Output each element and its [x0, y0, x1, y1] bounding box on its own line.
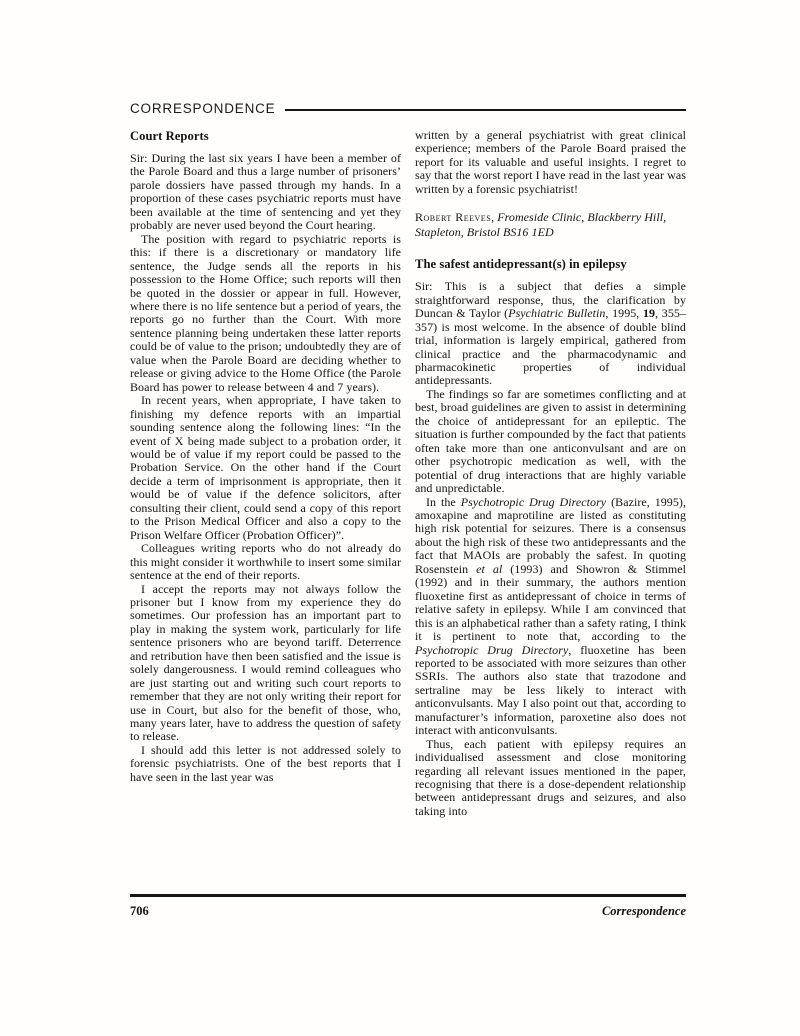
letter-byline: Robert Reeves, Fromeside Clinic, Blackbe…	[415, 210, 686, 239]
text-columns: Court ReportsSir: During the last six ye…	[130, 129, 686, 818]
footer-row: 706 Correspondence	[130, 904, 686, 919]
letter-title: The safest antidepressant(s) in epilepsy	[415, 257, 686, 271]
footer-rule	[130, 894, 686, 897]
page-footer: 706 Correspondence	[130, 894, 686, 919]
letter-paragraph: The findings so far are sometimes confli…	[415, 388, 686, 496]
letter-paragraph: I should add this letter is not addresse…	[130, 744, 401, 784]
running-title: Correspondence	[602, 904, 686, 919]
letter-paragraph: written by a general psychiatrist with g…	[415, 129, 686, 196]
page-number: 706	[130, 904, 149, 919]
letter-title: Court Reports	[130, 129, 401, 143]
letter-paragraph: The position with regard to psychiatric …	[130, 233, 401, 394]
letter-paragraph: Sir: During the last six years I have be…	[130, 152, 401, 233]
letter-paragraph: In the Psychotropic Drug Directory (Bazi…	[415, 496, 686, 738]
page-header: CORRESPONDENCE	[130, 101, 686, 116]
letter-paragraph: Thus, each patient with epilepsy require…	[415, 738, 686, 819]
letter-paragraph: Sir: This is a subject that defies a sim…	[415, 280, 686, 388]
section-header-label: CORRESPONDENCE	[130, 101, 275, 116]
letter-paragraph: Colleagues writing reports who do not al…	[130, 542, 401, 582]
journal-page: CORRESPONDENCE Court ReportsSir: During …	[0, 0, 800, 1036]
column-left: Court ReportsSir: During the last six ye…	[130, 129, 401, 818]
header-rule	[285, 109, 686, 112]
column-right: written by a general psychiatrist with g…	[415, 129, 686, 818]
letter-paragraph: I accept the reports may not always foll…	[130, 583, 401, 744]
letter-paragraph: In recent years, when appropriate, I hav…	[130, 394, 401, 542]
